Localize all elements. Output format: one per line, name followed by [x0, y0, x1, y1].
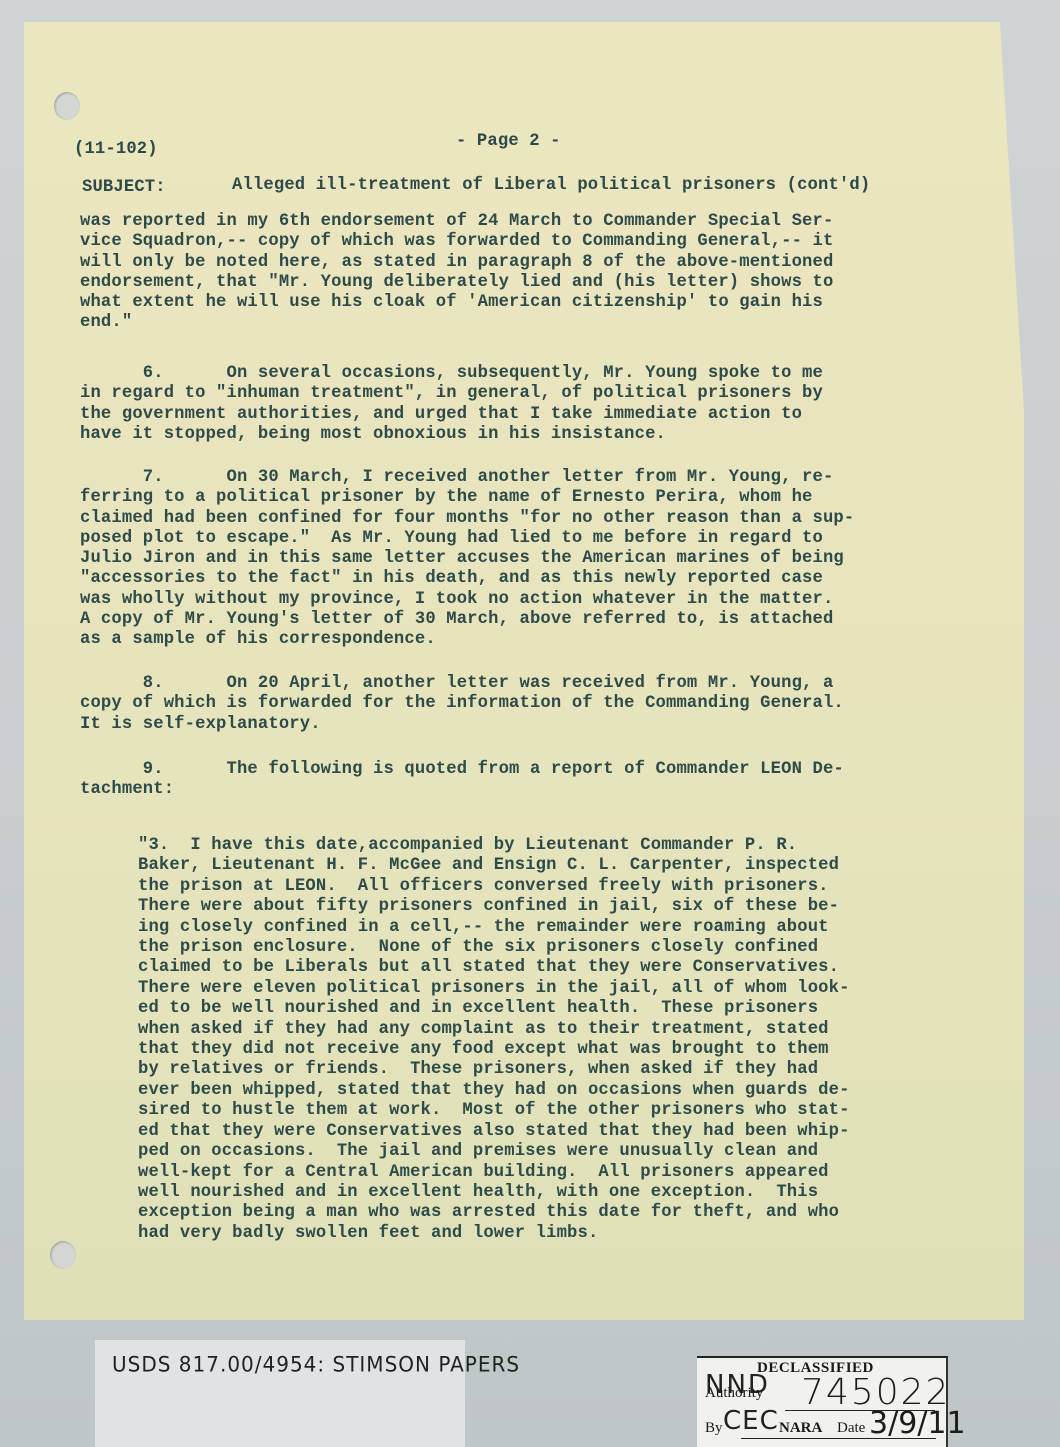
subject-text: Alleged ill-treatment of Liberal politic…: [232, 176, 870, 196]
text-line: that they did not receive any food excep…: [138, 1040, 850, 1060]
text-line: Julio Jiron and in this same letter accu…: [80, 549, 854, 569]
text-line: Baker, Lieutenant H. F. McGee and Ensign…: [138, 856, 850, 876]
text-line: "accessories to the fact" in his death, …: [80, 569, 854, 589]
text-line: endorsement, that "Mr. Young deliberatel…: [80, 273, 833, 293]
date-value: 3/9/11: [869, 1406, 966, 1441]
paragraph-7: 7. On 30 March, I received another lette…: [80, 468, 854, 651]
text-line: ferring to a political prisoner by the n…: [80, 488, 854, 508]
text-line: 7. On 30 March, I received another lette…: [80, 468, 854, 488]
text-line: was reported in my 6th endorsement of 24…: [80, 212, 833, 232]
quoted-report: "3. I have this date,accompanied by Lieu…: [138, 836, 850, 1244]
text-line: when asked if they had any complaint as …: [138, 1020, 850, 1040]
text-line: It is self-explanatory.: [80, 715, 844, 735]
text-line: as a sample of his correspondence.: [80, 630, 854, 650]
text-line: was wholly without my province, I took n…: [80, 590, 854, 610]
agency-label: NARA: [779, 1420, 822, 1437]
authority-label: Authority: [705, 1385, 763, 1402]
text-line: 6. On several occasions, subsequently, M…: [80, 364, 823, 384]
text-line: 9. The following is quoted from a report…: [80, 760, 844, 780]
text-line: "3. I have this date,accompanied by Lieu…: [138, 836, 850, 856]
text-line: end.": [80, 313, 833, 333]
declassification-stamp: DECLASSIFIED NND Authority 745022 By CEC…: [697, 1356, 948, 1447]
date-label: Date: [837, 1420, 865, 1437]
text-line: claimed had been confined for four month…: [80, 509, 854, 529]
text-line: the prison enclosure. None of the six pr…: [138, 938, 850, 958]
text-line: in regard to "inhuman treatment", in gen…: [80, 384, 823, 404]
text-line: claimed to be Liberals but all stated th…: [138, 958, 850, 978]
paragraph-8: 8. On 20 April, another letter was recei…: [80, 674, 844, 735]
text-line: the government authorities, and urged th…: [80, 405, 823, 425]
text-line: ing closely confined in a cell,-- the re…: [138, 918, 850, 938]
text-line: A copy of Mr. Young's letter of 30 March…: [80, 610, 854, 630]
text-line: what extent he will use his cloak of 'Am…: [80, 293, 833, 313]
text-line: well-kept for a Central American buildin…: [138, 1163, 850, 1183]
text-line: copy of which is forwarded for the infor…: [80, 694, 844, 714]
text-line: posed plot to escape." As Mr. Young had …: [80, 529, 854, 549]
text-line: tachment:: [80, 780, 844, 800]
text-line: exception being a man who was arrested t…: [138, 1203, 850, 1223]
text-line: well nourished and in excellent health, …: [138, 1183, 850, 1203]
text-line: have it stopped, being most obnoxious in…: [80, 425, 823, 445]
text-line: vice Squadron,-- copy of which was forwa…: [80, 232, 833, 252]
paragraph-continuation: was reported in my 6th endorsement of 24…: [80, 212, 833, 334]
archival-citation: USDS 817.00/4954: STIMSON PAPERS: [112, 1351, 520, 1376]
text-line: by relatives or friends. These prisoners…: [138, 1060, 850, 1080]
text-line: ever been whipped, stated that they had …: [138, 1081, 850, 1101]
text-line: will only be noted here, as stated in pa…: [80, 253, 833, 273]
by-label: By: [705, 1420, 723, 1437]
file-code: (11-102): [74, 140, 158, 160]
text-line: sired to hustle them at work. Most of th…: [138, 1101, 850, 1121]
paragraph-6: 6. On several occasions, subsequently, M…: [80, 364, 823, 445]
text-line: ed to be well nourished and in excellent…: [138, 999, 850, 1019]
text-line: ed that they were Conservatives also sta…: [138, 1122, 850, 1142]
text-line: had very badly swollen feet and lower li…: [138, 1224, 850, 1244]
text-line: the prison at LEON. All officers convers…: [138, 877, 850, 897]
subject-label: SUBJECT:: [82, 178, 166, 198]
punch-hole-top: [54, 92, 80, 120]
by-initials: CEC: [723, 1406, 779, 1436]
page-label: - Page 2 -: [456, 132, 561, 152]
text-line: There were about fifty prisoners confine…: [138, 897, 850, 917]
paragraph-9: 9. The following is quoted from a report…: [80, 760, 844, 801]
text-line: ped on occasions. The jail and premises …: [138, 1142, 850, 1162]
text-line: There were eleven political prisoners in…: [138, 979, 850, 999]
text-line: 8. On 20 April, another letter was recei…: [80, 674, 844, 694]
punch-hole-bottom: [50, 1241, 76, 1269]
by-date-underline: [741, 1438, 936, 1439]
